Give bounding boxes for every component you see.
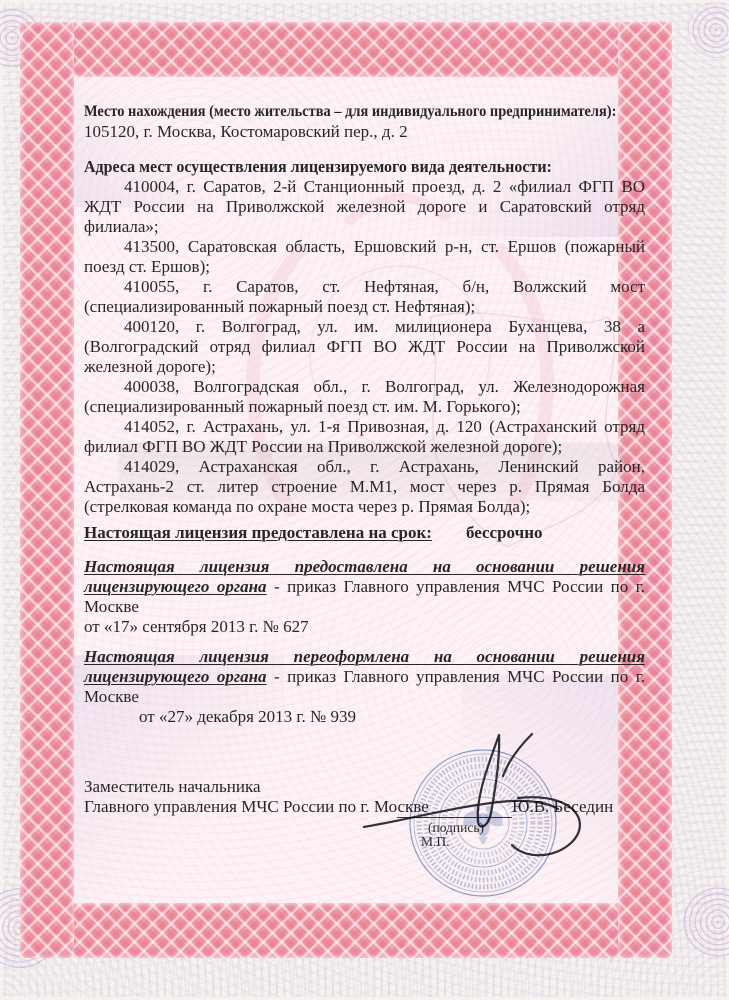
border-band-top [20,22,672,77]
handwritten-signature [346,730,636,870]
address-item: 400120, г. Волгоград, ул. им. милиционер… [84,317,645,377]
address-item: 413500, Саратовская область, Ершовский р… [84,237,645,277]
license-document-page: Место нахождения (место жительства – для… [0,0,729,1000]
address-item: 410055, г. Саратов, ст. Нефтяная, б/н, В… [84,277,645,317]
term-value: бессрочно [466,523,543,542]
reissued-basis-line: Настоящая лицензия переоформлена на осно… [84,647,645,707]
addresses-block: Адреса мест осуществления лицензируемого… [84,157,645,517]
addresses-heading-text: Адреса мест осуществления лицензируемого… [84,157,552,177]
address-item: 414029, Астраханская обл., г. Астрахань,… [84,457,645,517]
address-item: 410004, г. Саратов, 2-й Станционный прое… [84,177,645,237]
reissued-basis-date: от «27» декабря 2013 г. № 939 [84,707,645,727]
location-block: Место нахождения (место жительства – для… [84,101,645,142]
reissued-basis-block: Настоящая лицензия переоформлена на осно… [84,647,645,727]
location-value: 105120, г. Москва, Костомаровский пер., … [84,122,645,142]
address-item: 400038, Волгоградская обл., г. Волгоград… [84,377,645,417]
location-heading: Место нахождения (место жительства – для… [84,101,645,122]
term-block: Настоящая лицензия предоставлена на срок… [84,523,645,543]
border-band-bottom [20,903,672,958]
granted-basis-date: от «17» сентября 2013 г. № 627 [84,617,645,637]
address-item: 414052, г. Астрахань, ул. 1-я Привозная,… [84,417,645,457]
location-heading-text: Место нахождения (место жительства – для… [84,102,616,122]
term-label: Настоящая лицензия предоставлена на срок… [84,523,432,542]
border-band-left [20,22,74,958]
term-line: Настоящая лицензия предоставлена на срок… [84,523,645,543]
granted-basis-line: Настоящая лицензия предоставлена на осно… [84,557,645,617]
granted-basis-block: Настоящая лицензия предоставлена на осно… [84,557,645,637]
addresses-heading: Адреса мест осуществления лицензируемого… [84,157,645,177]
